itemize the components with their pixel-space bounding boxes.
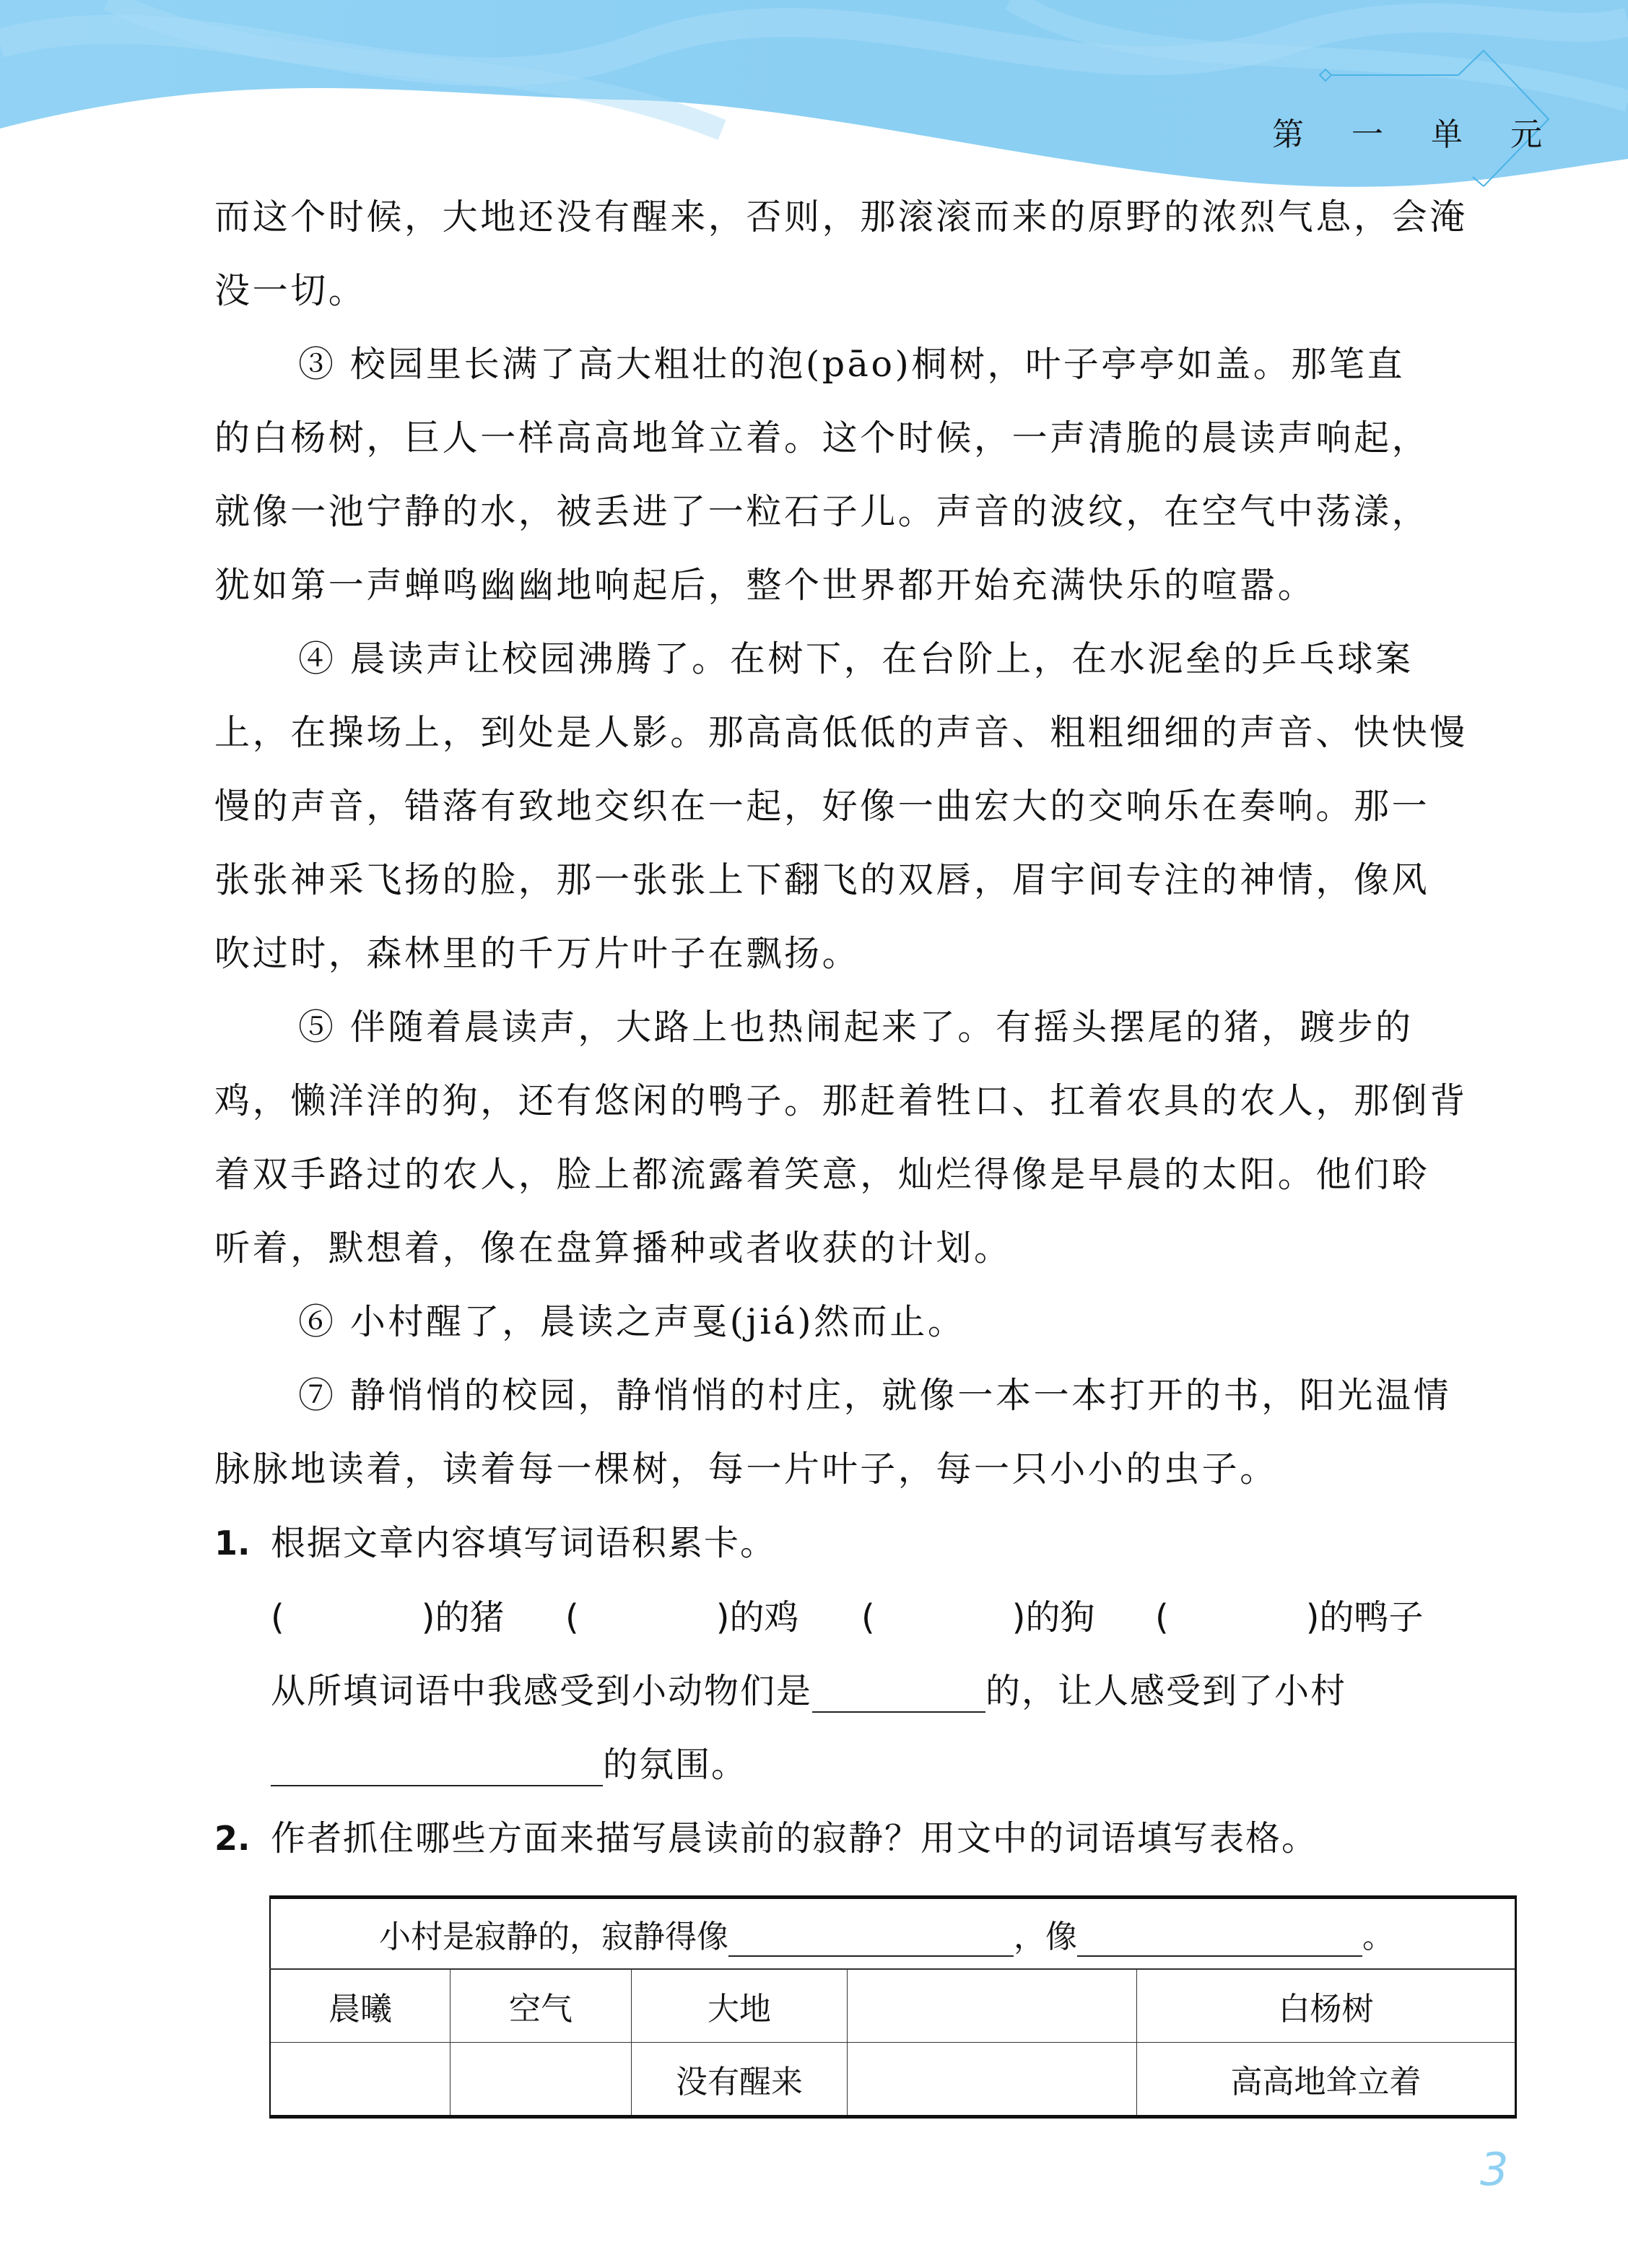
passage-line: 吹过时，森林里的千万片叶子在飘扬。 [214, 932, 1521, 976]
question-1-sentence: 从所填词语中我感受到小动物们是的，让人感受到了小村 [271, 1669, 1346, 1713]
question-1-number: 1. [214, 1521, 250, 1565]
table-header-sentence: 小村是寂静的，寂静得像，像。 [270, 1898, 1516, 1970]
question-2-prompt: 作者抓住哪些方面来描写晨读前的寂静？用文中的词语填写表格。 [271, 1817, 1318, 1860]
sentence-text: 从所填词语中我感受到小动物们是 [271, 1671, 812, 1711]
passage-line: 着双手路过的农人，脸上都流露着笑意，灿烂得像是早晨的太阳。他们聆 [214, 1153, 1521, 1196]
passage-line: 犹如第一声蝉鸣幽幽地响起后，整个世界都开始充满快乐的喧嚣。 [214, 564, 1521, 607]
question-1-sentence-cont: 的氛围。 [271, 1743, 747, 1786]
question-1-prompt: 根据文章内容填写词语积累卡。 [271, 1521, 776, 1565]
table-cell-poplar: 白杨树 [1137, 1969, 1516, 2043]
item-label: )的狗 [1012, 1597, 1095, 1638]
fill-item-dog[interactable]: ()的狗 [861, 1596, 1094, 1639]
fill-item-duck[interactable]: ()的鸭子 [1155, 1596, 1423, 1639]
paragraph-7-start: ⑦ 静悄悄的校园，静悄悄的村庄，就像一本一本打开的书，阳光温情 [214, 1374, 1605, 1417]
open-paren: ( [271, 1597, 284, 1638]
passage-line: 就像一池宁静的水，被丢进了一粒石子儿。声音的波纹，在空气中荡漾， [214, 490, 1521, 534]
open-paren: ( [861, 1597, 875, 1638]
passage-line: 而这个时候，大地还没有醒来，否则，那滚滚而来的原野的浓烈气息，会淹 [214, 196, 1521, 239]
passage-line: 听着，默想着，像在盘算播种或者收获的计划。 [214, 1227, 1521, 1270]
passage-line: 上，在操场上，到处是人影。那高高低低的声音、粗粗细细的声音、快快慢 [214, 711, 1521, 755]
passage-line: 没一切。 [214, 269, 1521, 313]
item-label: )的鸡 [716, 1597, 799, 1638]
table-cell-earth-desc: 没有醒来 [632, 2043, 848, 2117]
answer-blank-like-2[interactable] [1077, 1926, 1362, 1957]
table-cell-answer-air[interactable] [450, 2043, 632, 2117]
passage-line: 慢的声音，错落有致地交织在一起，好像一曲宏大的交响乐在奏响。那一 [214, 785, 1521, 828]
table-cell-earth: 大地 [632, 1969, 848, 2043]
paragraph-4-start: ④ 晨读声让校园沸腾了。在树下，在台阶上，在水泥垒的乒乓球案 [214, 638, 1605, 681]
table-cell-answer-morning-light[interactable] [270, 2043, 450, 2117]
table-cell-answer-blank[interactable] [848, 2043, 1137, 2117]
table-cell-morning-light: 晨曦 [270, 1969, 450, 2043]
paragraph-6: ⑥ 小村醒了，晨读之声戛(jiá)然而止。 [214, 1300, 1605, 1344]
open-paren: ( [565, 1597, 579, 1638]
table-cell-blank-aspect[interactable] [848, 1969, 1137, 2043]
unit-title: 第 一 单 元 [1272, 108, 1561, 155]
item-label: )的鸭子 [1306, 1597, 1424, 1638]
question-2-number: 2. [214, 1817, 250, 1860]
answer-table: 小村是寂静的，寂静得像，像。 晨曦 空气 大地 白杨树 没有醒来 高高地耸立着 [269, 1895, 1517, 2119]
fill-item-chicken[interactable]: ()的鸡 [565, 1596, 798, 1639]
header-banner [0, 0, 1628, 202]
passage-line: 张张神采飞扬的脸，那一张张上下翻飞的双唇，眉宇间专注的神情，像风 [214, 859, 1521, 902]
passage-line: 脉脉地读着，读着每一棵树，每一片叶子，每一只小小的虫子。 [214, 1448, 1521, 1491]
item-label: )的猪 [422, 1597, 505, 1638]
passage-line: 鸡，懒洋洋的狗，还有悠闲的鸭子。那赶着牲口、扛着农具的农人，那倒背 [214, 1079, 1521, 1123]
table-cell-air: 空气 [450, 1969, 632, 2043]
header-text: ，像 [1014, 1919, 1077, 1955]
open-paren: ( [1155, 1597, 1169, 1638]
answer-blank-atmosphere[interactable] [271, 1750, 603, 1786]
answer-blank-feeling[interactable] [812, 1677, 985, 1713]
paragraph-3-start: ③ 校园里长满了高大粗壮的泡(pāo)桐树，叶子亭亭如盖。那笔直 [214, 343, 1605, 386]
fill-item-pig[interactable]: ()的猪 [271, 1596, 504, 1639]
passage-line: 的白杨树，巨人一样高高地耸立着。这个时候，一声清脆的晨读声响起， [214, 417, 1521, 460]
header-text: 小村是寂静的，寂静得像 [379, 1919, 728, 1955]
answer-blank-like-1[interactable] [728, 1926, 1014, 1957]
page-number: 3 [1480, 2143, 1508, 2196]
sentence-text: 的氛围。 [603, 1745, 747, 1785]
sentence-text: 的，让人感受到了小村 [985, 1671, 1346, 1711]
paragraph-5-start: ⑤ 伴随着晨读声，大路上也热闹起来了。有摇头摆尾的猪，踱步的 [214, 1006, 1605, 1049]
table-cell-poplar-desc: 高高地耸立着 [1137, 2043, 1516, 2117]
header-text: 。 [1362, 1919, 1394, 1955]
